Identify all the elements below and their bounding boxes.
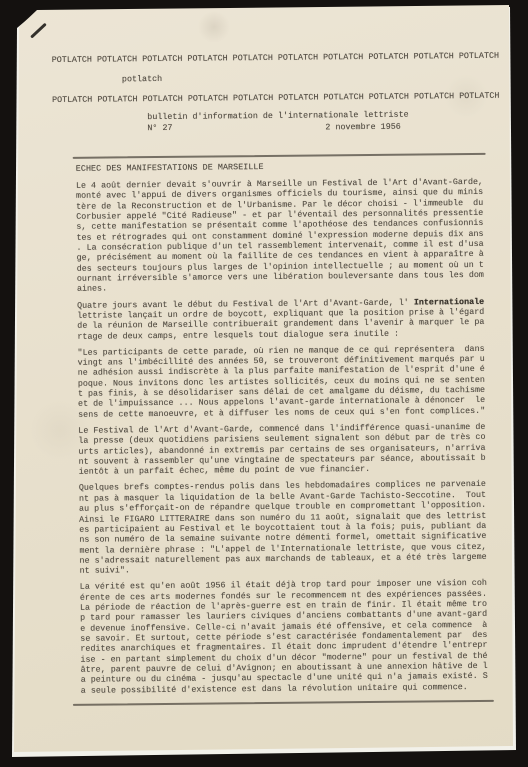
issue-number: N° 27 (147, 123, 172, 133)
paragraph-text: Le Festival de l'Art d'Avant-Garde, comm… (78, 422, 485, 477)
bulletin-subtitle: bulletin d'information de l'internationa… (147, 110, 408, 123)
paragraph-text: "Les participants de cette parade, où ri… (77, 344, 485, 420)
masthead-banner-top: POTLATCH POTLATCH POTLATCH POTLATCH POTL… (52, 51, 499, 65)
body-paragraph: La vérité est qu'en août 1956 il était d… (80, 578, 517, 696)
paragraph-text: La vérité est qu'en août 1956 il était d… (80, 578, 488, 695)
page-content: POTLATCH POTLATCH POTLATCH POTLATCH POTL… (0, 0, 528, 767)
paragraph-text: Le 4 août dernier devait s'ouvrir à Mars… (76, 177, 484, 294)
scan-background: POTLATCH POTLATCH POTLATCH POTLATCH POTL… (0, 0, 528, 767)
masthead-banner-bottom: POTLATCH POTLATCH POTLATCH POTLATCH POTL… (52, 91, 499, 105)
emphasized-text: Internationale (414, 296, 484, 307)
document-page: POTLATCH POTLATCH POTLATCH POTLATCH POTL… (0, 0, 528, 767)
paragraph-text: Quelques brefs comptes-rendus polis dans… (79, 479, 487, 576)
body-paragraph: Le 4 août dernier devait s'ouvrir à Mars… (76, 177, 513, 295)
body-paragraph: Quatre jours avant le début du Festival … (77, 296, 513, 342)
body-paragraph: Quelques brefs comptes-rendus polis dans… (79, 479, 516, 576)
body-paragraph: "Les participants de cette parade, où ri… (77, 343, 514, 420)
body-paragraph: Le Festival de l'Art d'Avant-Garde, comm… (78, 422, 514, 478)
article-body: Le 4 août dernier devait s'ouvrir à Mars… (76, 177, 517, 702)
masthead-small-title: potlatch (122, 74, 162, 84)
divider-top (73, 153, 486, 159)
issue-date: 2 novembre 1956 (325, 122, 400, 133)
article-title: ECHEC DES MANIFESTATIONS DE MARSEILLE (76, 162, 264, 174)
